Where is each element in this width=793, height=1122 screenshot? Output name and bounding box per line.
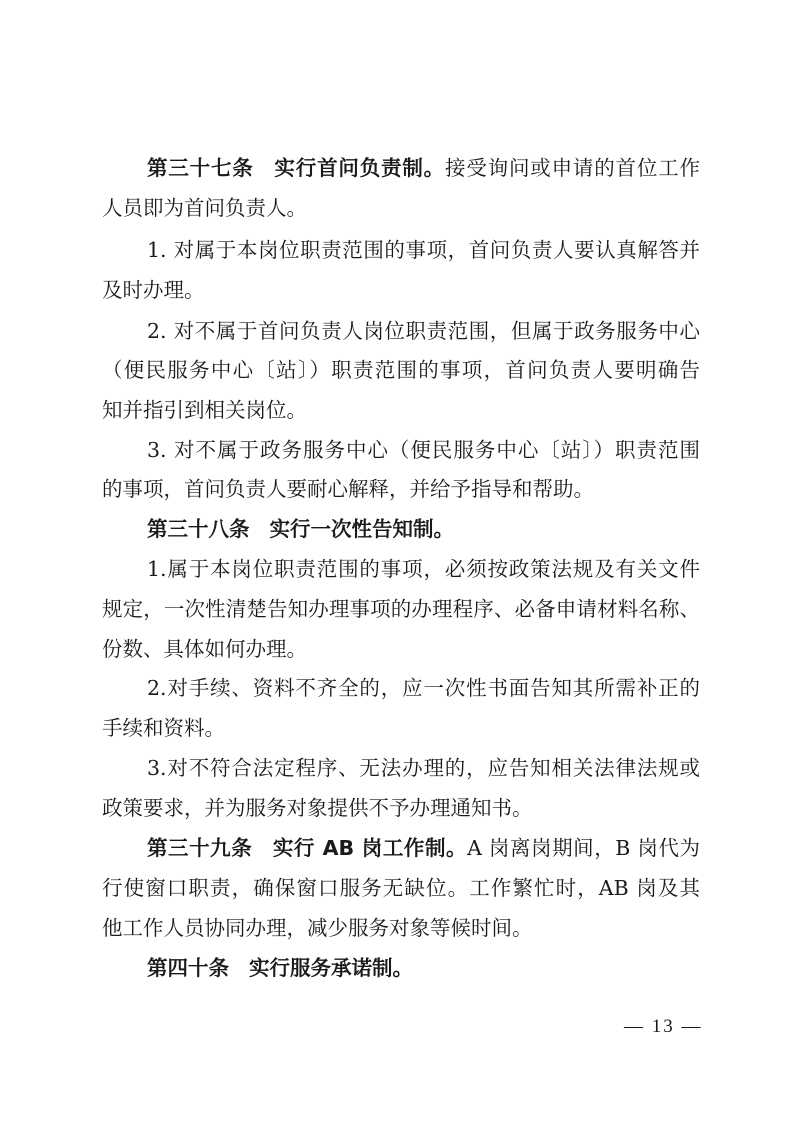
article-title: 实行 AB 岗工作制。 [272, 836, 467, 860]
article-text: 政策要求，并为服务对象提供不予办理通知书。 [102, 788, 533, 828]
article-text: 他工作人员协同办理，减少服务对象等候时间。 [102, 908, 533, 948]
article-number: 第三十九条 [147, 836, 252, 860]
article-title: 实行一次性告知制。 [270, 517, 455, 541]
article-text: 1.属于本岗位职责范围的事项，必须按政策法规及有关文件 [102, 549, 700, 589]
article-text: 3.对不符合法定程序、无法办理的，应告知相关法律法规或 [102, 748, 700, 788]
article-38-heading-line: 第三十八条实行一次性告知制。 [102, 509, 454, 549]
article-title: 实行首问负责制。 [274, 156, 445, 180]
article-text: 2.对手续、资料不齐全的，应一次性书面告知其所需补正的 [102, 668, 700, 708]
article-text: 3. 对不属于政务服务中心（便民服务中心〔站〕）职责范围 [102, 430, 700, 470]
article-text: 1. 对属于本岗位职责范围的事项，首问负责人要认真解答并 [102, 230, 700, 270]
article-text: A 岗离岗期间，B 岗代为 [467, 836, 700, 860]
article-text: 知并指引到相关岗位。 [102, 390, 307, 430]
article-text: 规定，一次性清楚告知办理事项的办理程序、必备申请材料名称、 [102, 589, 700, 629]
page-number: — 13 — [624, 1016, 703, 1038]
article-39-heading-line: 第三十九条实行 AB 岗工作制。A 岗离岗期间，B 岗代为 [102, 828, 700, 868]
article-text: 及时办理。 [102, 270, 205, 310]
article-title: 实行服务承诺制。 [249, 956, 413, 980]
article-number: 第四十条 [147, 956, 229, 980]
article-text: 接受询问或申请的首位工作 [445, 156, 700, 180]
article-text: 的事项，首问负责人要耐心解释，并给予指导和帮助。 [102, 469, 594, 509]
article-text: 行使窗口职责，确保窗口服务无缺位。工作繁忙时，AB 岗及其 [102, 868, 700, 908]
article-number: 第三十七条 [147, 156, 254, 180]
article-37-heading-line: 第三十七条实行首问负责制。接受询问或申请的首位工作 [102, 148, 700, 188]
article-text: 手续和资料。 [102, 708, 225, 748]
article-text: （便民服务中心〔站〕）职责范围的事项，首问负责人要明确告 [102, 350, 700, 390]
article-text: 人员即为首问负责人。 [102, 188, 307, 228]
article-text: 2. 对不属于首问负责人岗位职责范围，但属于政务服务中心 [102, 311, 700, 351]
article-40-heading-line: 第四十条实行服务承诺制。 [102, 948, 413, 988]
article-text: 份数、具体如何办理。 [102, 629, 307, 669]
article-number: 第三十八条 [147, 517, 250, 541]
